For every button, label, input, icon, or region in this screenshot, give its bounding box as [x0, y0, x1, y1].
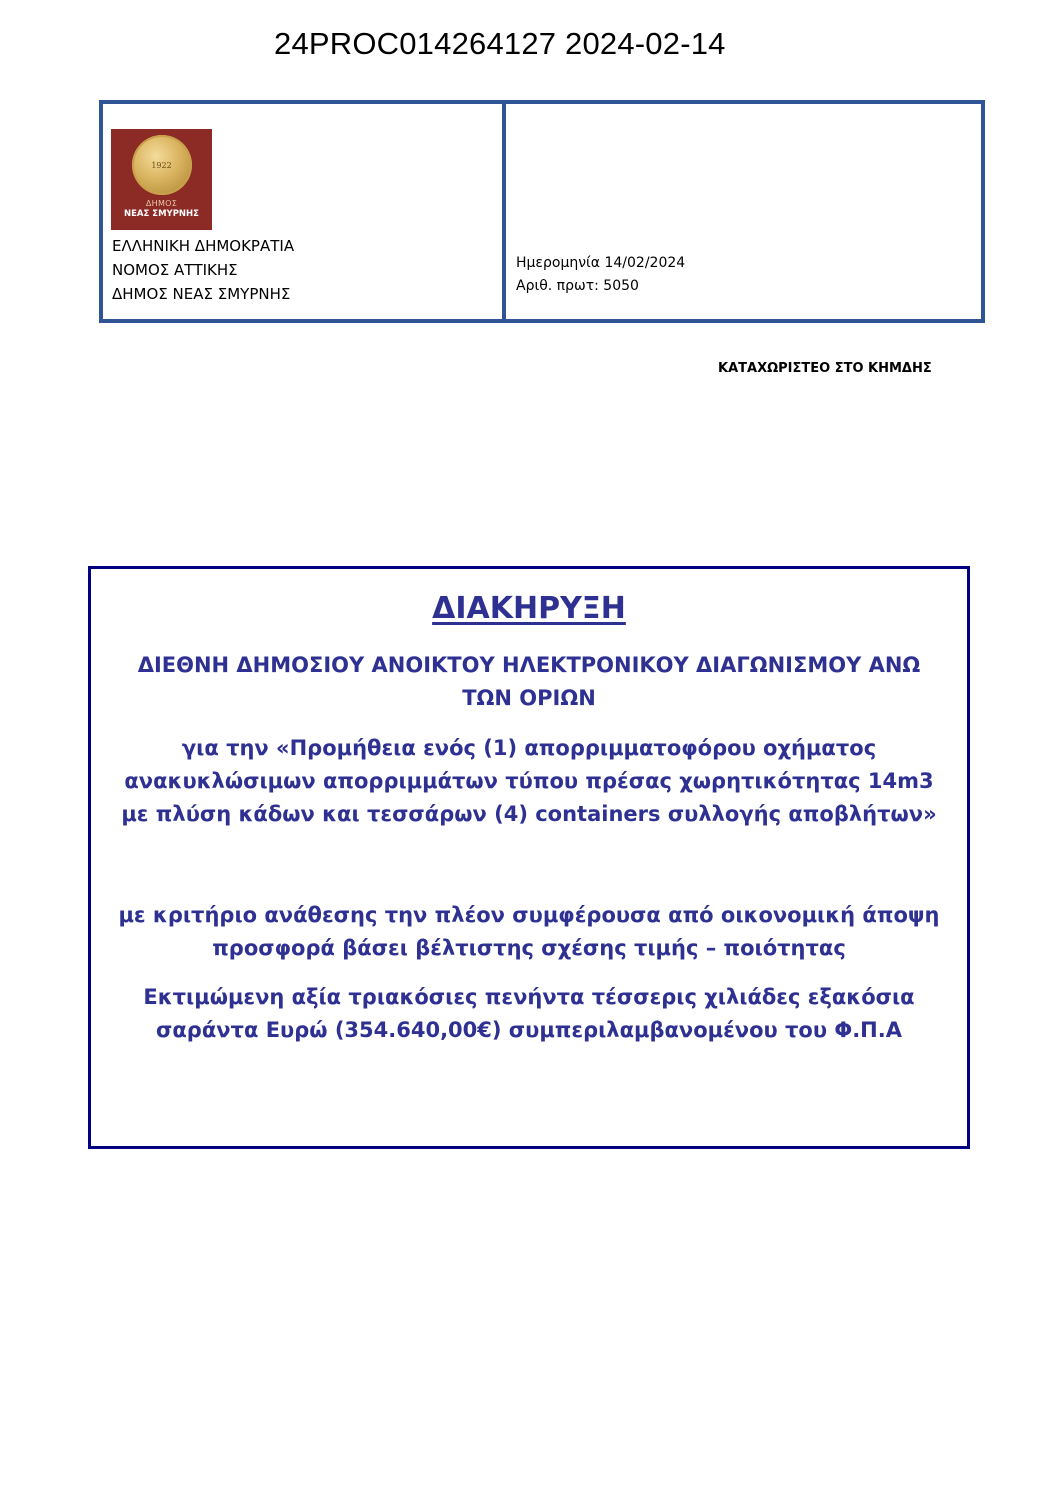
- header-left-cell: 1922 ΔΗΜΟΣ ΝΕΑΣ ΣΜΥΡΝΗΣ ΕΛΛΗΝΙΚΗ ΔΗΜΟΚΡΑ…: [103, 104, 506, 319]
- logo-line-2: ΝΕΑΣ ΣΜΥΡΝΗΣ: [124, 209, 199, 219]
- municipality-logo: 1922 ΔΗΜΟΣ ΝΕΑΣ ΣΜΥΡΝΗΣ: [111, 129, 212, 230]
- date-line: Ημερομηνία 14/02/2024: [516, 252, 685, 275]
- org-line-prefecture: ΝΟΜΟΣ ΑΤΤΙΚΗΣ: [112, 258, 294, 282]
- register-note: ΚΑΤΑΧΩΡΙΣΤΕΟ ΣΤΟ ΚΗΜΔΗΣ: [718, 361, 932, 376]
- notice-subtitle: ΔΙΕΘΝΗ ΔΗΜΟΣΙΟΥ ΑΝΟΙΚΤΟΥ ΗΛΕΚΤΡΟΝΙΚΟΥ ΔΙ…: [111, 649, 947, 715]
- subtitle-line: ΤΩΝ ΟΡΙΩΝ: [111, 682, 947, 715]
- document-id: 24PROC014264127 2024-02-14: [274, 26, 726, 62]
- notice-estimated-value: Εκτιμώμενη αξία τριακόσιες πενήντα τέσσε…: [101, 981, 957, 1047]
- protocol-number-line: Αριθ. πρωτ: 5050: [516, 275, 685, 298]
- notice-award-criteria: με κριτήριο ανάθεσης την πλέον συμφέρουσ…: [101, 899, 957, 965]
- logo-line-1: ΔΗΜΟΣ: [146, 199, 177, 208]
- coin-emblem-icon: 1922: [132, 135, 192, 195]
- subject-line: για την «Προμήθεια ενός (1) απορριμματοφ…: [101, 732, 957, 765]
- notice-box: ΔΙΑΚΗΡΥΞΗ ΔΙΕΘΝΗ ΔΗΜΟΣΙΟΥ ΑΝΟΙΚΤΟΥ ΗΛΕΚΤ…: [88, 566, 970, 1149]
- subject-line: ανακυκλώσιμων απορριμμάτων τύπου πρέσας …: [101, 765, 957, 798]
- value-line: Εκτιμώμενη αξία τριακόσιες πενήντα τέσσε…: [101, 981, 957, 1014]
- subject-line: με πλύση κάδων και τεσσάρων (4) containe…: [101, 798, 957, 831]
- org-line-municipality: ΔΗΜΟΣ ΝΕΑΣ ΣΜΥΡΝΗΣ: [112, 282, 294, 306]
- subtitle-line: ΔΙΕΘΝΗ ΔΗΜΟΣΙΟΥ ΑΝΟΙΚΤΟΥ ΗΛΕΚΤΡΟΝΙΚΟΥ ΔΙ…: [111, 649, 947, 682]
- notice-title: ΔΙΑΚΗΡΥΞΗ: [91, 591, 967, 626]
- criteria-line: προσφορά βάσει βέλτιστης σχέσης τιμής – …: [101, 932, 957, 965]
- document-meta: Ημερομηνία 14/02/2024 Αριθ. πρωτ: 5050: [516, 252, 685, 298]
- org-line-republic: ΕΛΛΗΝΙΚΗ ΔΗΜΟΚΡΑΤΙΑ: [112, 234, 294, 258]
- organization-lines: ΕΛΛΗΝΙΚΗ ΔΗΜΟΚΡΑΤΙΑ ΝΟΜΟΣ ΑΤΤΙΚΗΣ ΔΗΜΟΣ …: [112, 234, 294, 306]
- criteria-line: με κριτήριο ανάθεσης την πλέον συμφέρουσ…: [101, 899, 957, 932]
- notice-subject: για την «Προμήθεια ενός (1) απορριμματοφ…: [101, 732, 957, 831]
- logo-coin-year: 1922: [132, 161, 192, 170]
- header-table: 1922 ΔΗΜΟΣ ΝΕΑΣ ΣΜΥΡΝΗΣ ΕΛΛΗΝΙΚΗ ΔΗΜΟΚΡΑ…: [99, 100, 985, 323]
- header-right-cell: Ημερομηνία 14/02/2024 Αριθ. πρωτ: 5050: [506, 104, 981, 319]
- value-line: σαράντα Ευρώ (354.640,00€) συμπεριλαμβαν…: [101, 1014, 957, 1047]
